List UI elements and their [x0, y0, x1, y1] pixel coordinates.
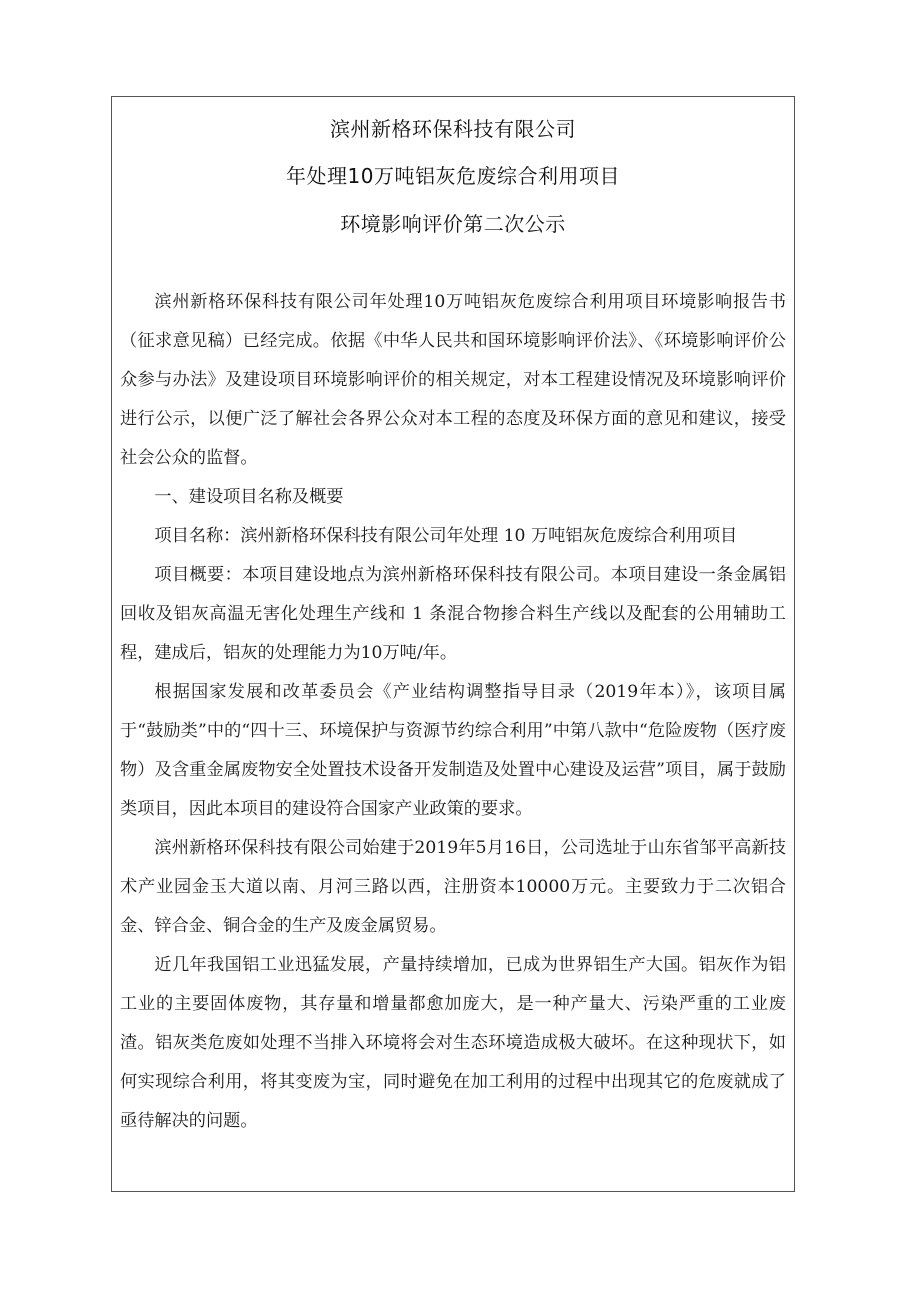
project-name-paragraph: 项目名称：滨州新格环保科技有限公司年处理 10 万吨铝灰危废综合利用项目: [120, 517, 786, 556]
notice-body: 滨州新格环保科技有限公司年处理10万吨铝灰危废综合利用项目环境影响报告书（征求意…: [120, 283, 786, 1141]
title-notice: 环境影响评价第二次公示: [112, 208, 794, 237]
notice-frame: 滨州新格环保科技有限公司 年处理10万吨铝灰危废综合利用项目 环境影响评价第二次…: [111, 96, 795, 1192]
policy-paragraph: 根据国家发展和改革委员会《产业结构调整指导目录（2019年本）》，该项目属于“鼓…: [120, 673, 786, 829]
background-paragraph: 近几年我国铝工业迅猛发展，产量持续增加，已成为世界铝生产大国。铝灰作为铝工业的主…: [120, 946, 786, 1141]
title-company: 滨州新格环保科技有限公司: [112, 113, 794, 142]
project-overview-paragraph: 项目概要：本项目建设地点为滨州新格环保科技有限公司。本项目建设一条金属铝回收及铝…: [120, 556, 786, 673]
intro-paragraph: 滨州新格环保科技有限公司年处理10万吨铝灰危废综合利用项目环境影响报告书（征求意…: [120, 283, 786, 478]
title-project: 年处理10万吨铝灰危废综合利用项目: [112, 160, 794, 189]
section-heading: 一、建设项目名称及概要: [120, 478, 786, 517]
company-paragraph: 滨州新格环保科技有限公司始建于2019年5月16日，公司选址于山东省邹平高新技术…: [120, 829, 786, 946]
